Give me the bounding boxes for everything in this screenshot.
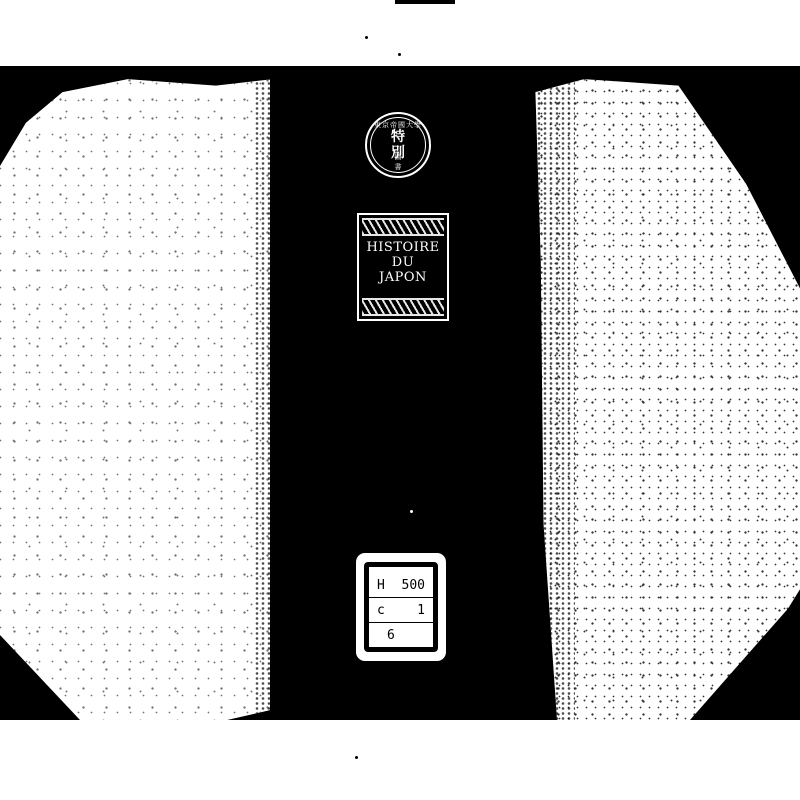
call-class: H — [377, 578, 385, 593]
call-number-box: H 500 c 1 6 — [369, 567, 433, 647]
cover-edge-wear — [530, 66, 575, 720]
ornament-border-top — [362, 218, 444, 236]
spine-title-label: HISTOIRE DU JAPON — [357, 213, 449, 321]
call-number-frame: H 500 c 1 6 — [364, 562, 438, 652]
stamp-ring-text-bottom: 圖 書 — [367, 152, 429, 172]
scan-dust — [355, 756, 358, 759]
call-number-row: H 500 — [369, 567, 433, 598]
front-cover-paper — [0, 66, 284, 720]
scan-dust — [365, 36, 368, 39]
volume-row: 6 — [369, 623, 433, 647]
ornament-border-bottom — [362, 298, 444, 316]
title-line: DU — [359, 255, 447, 270]
call-number-label: H 500 c 1 6 — [356, 553, 446, 661]
title-line: HISTOIRE — [359, 240, 447, 255]
paper-texture — [0, 66, 284, 720]
copy-prefix: c — [377, 603, 385, 618]
title-line: JAPON — [359, 270, 447, 285]
call-number: 500 — [402, 578, 425, 593]
copy-number: 1 — [417, 603, 425, 618]
copy-row: c 1 — [369, 598, 433, 623]
library-stamp: 東京帝國大學 特 別 圖 書 — [365, 112, 431, 178]
scan-dust — [398, 53, 401, 56]
scan-dust — [410, 510, 413, 513]
book-title: HISTOIRE DU JAPON — [359, 240, 447, 285]
volume-number: 6 — [387, 628, 395, 643]
back-cover-paper — [530, 66, 800, 720]
spine-headcap — [395, 0, 455, 4]
